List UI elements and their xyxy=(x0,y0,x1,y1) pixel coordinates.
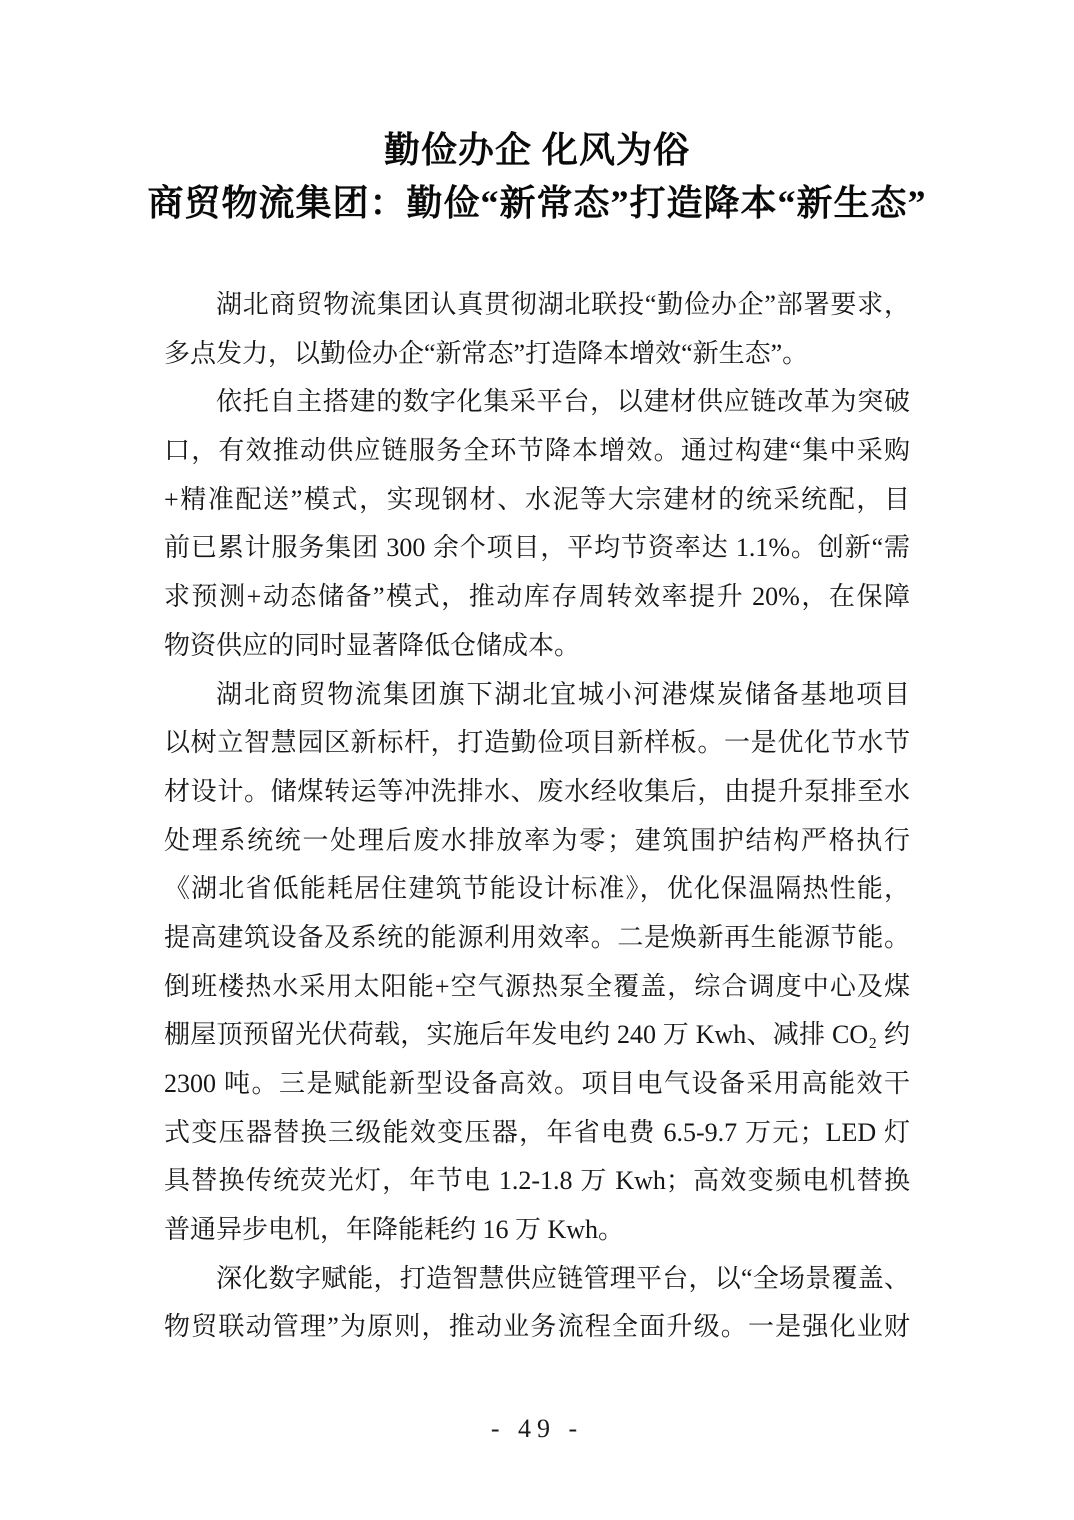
text-line: 倒班楼热水采用太阳能+空气源热泵全覆盖，综合调度中心及煤 xyxy=(164,963,910,1012)
text-line: 材设计。储煤转运等冲洗排水、废水经收集后，由提升泵排至水 xyxy=(164,768,910,817)
page-number: - 49 - xyxy=(0,1412,1074,1446)
document-title: 勤俭办企 化风为俗 商贸物流集团：勤俭“新常态”打造降本“新生态” xyxy=(0,124,1074,230)
text-line: 多点发力，以勤俭办企“新常态”打造降本增效“新生态”。 xyxy=(164,330,910,379)
text-line: 以树立智慧园区新标杆，打造勤俭项目新样板。一是优化节水节 xyxy=(164,719,910,768)
text-line: 普通异步电机，年降能耗约 16 万 Kwh。 xyxy=(164,1206,910,1255)
text-line: 求预测+动态储备”模式，推动库存周转效率提升 20%，在保障 xyxy=(164,573,910,622)
text-line: 2300 吨。三是赋能新型设备高效。项目电气设备采用高能效干 xyxy=(164,1060,910,1109)
text-line: 湖北商贸物流集团旗下湖北宜城小河港煤炭储备基地项目 xyxy=(164,671,910,720)
text-line: 依托自主搭建的数字化集采平台，以建材供应链改革为突破 xyxy=(164,378,910,427)
paragraph: 深化数字赋能，打造智慧供应链管理平台，以“全场景覆盖、物贸联动管理”为原则，推动… xyxy=(164,1255,910,1352)
text-line: 棚屋顶预留光伏荷载，实施后年发电约 240 万 Kwh、减排 CO₂ 约 xyxy=(164,1011,910,1060)
document-body: 湖北商贸物流集团认真贯彻湖北联投“勤俭办企”部署要求，多点发力，以勤俭办企“新常… xyxy=(164,281,910,1352)
paragraph: 依托自主搭建的数字化集采平台，以建材供应链改革为突破口，有效推动供应链服务全环节… xyxy=(164,378,910,670)
text-line: 处理系统统一处理后废水排放率为零；建筑围护结构严格执行 xyxy=(164,817,910,866)
text-line: 式变压器替换三级能效变压器，年省电费 6.5-9.7 万元；LED 灯 xyxy=(164,1109,910,1158)
document-page: 勤俭办企 化风为俗 商贸物流集团：勤俭“新常态”打造降本“新生态” 湖北商贸物流… xyxy=(0,0,1074,1520)
document-title-line-1: 勤俭办企 化风为俗 xyxy=(0,124,1074,177)
text-line: 物资供应的同时显著降低仓储成本。 xyxy=(164,622,910,671)
text-line: 湖北商贸物流集团认真贯彻湖北联投“勤俭办企”部署要求， xyxy=(164,281,910,330)
text-line: 深化数字赋能，打造智慧供应链管理平台，以“全场景覆盖、 xyxy=(164,1255,910,1304)
text-line: 提高建筑设备及系统的能源利用效率。二是焕新再生能源节能。 xyxy=(164,914,910,963)
text-line: 具替换传统荧光灯，年节电 1.2-1.8 万 Kwh；高效变频电机替换 xyxy=(164,1157,910,1206)
paragraph: 湖北商贸物流集团旗下湖北宜城小河港煤炭储备基地项目以树立智慧园区新标杆，打造勤俭… xyxy=(164,671,910,1255)
text-line: 口，有效推动供应链服务全环节降本增效。通过构建“集中采购 xyxy=(164,427,910,476)
text-line: 前已累计服务集团 300 余个项目，平均节资率达 1.1%。创新“需 xyxy=(164,524,910,573)
text-line: 《湖北省低能耗居住建筑节能设计标准》，优化保温隔热性能， xyxy=(164,865,910,914)
paragraph: 湖北商贸物流集团认真贯彻湖北联投“勤俭办企”部署要求，多点发力，以勤俭办企“新常… xyxy=(164,281,910,378)
text-line: +精准配送”模式，实现钢材、水泥等大宗建材的统采统配，目 xyxy=(164,476,910,525)
document-title-line-2: 商贸物流集团：勤俭“新常态”打造降本“新生态” xyxy=(0,177,1074,230)
text-line: 物贸联动管理”为原则，推动业务流程全面升级。一是强化业财 xyxy=(164,1303,910,1352)
